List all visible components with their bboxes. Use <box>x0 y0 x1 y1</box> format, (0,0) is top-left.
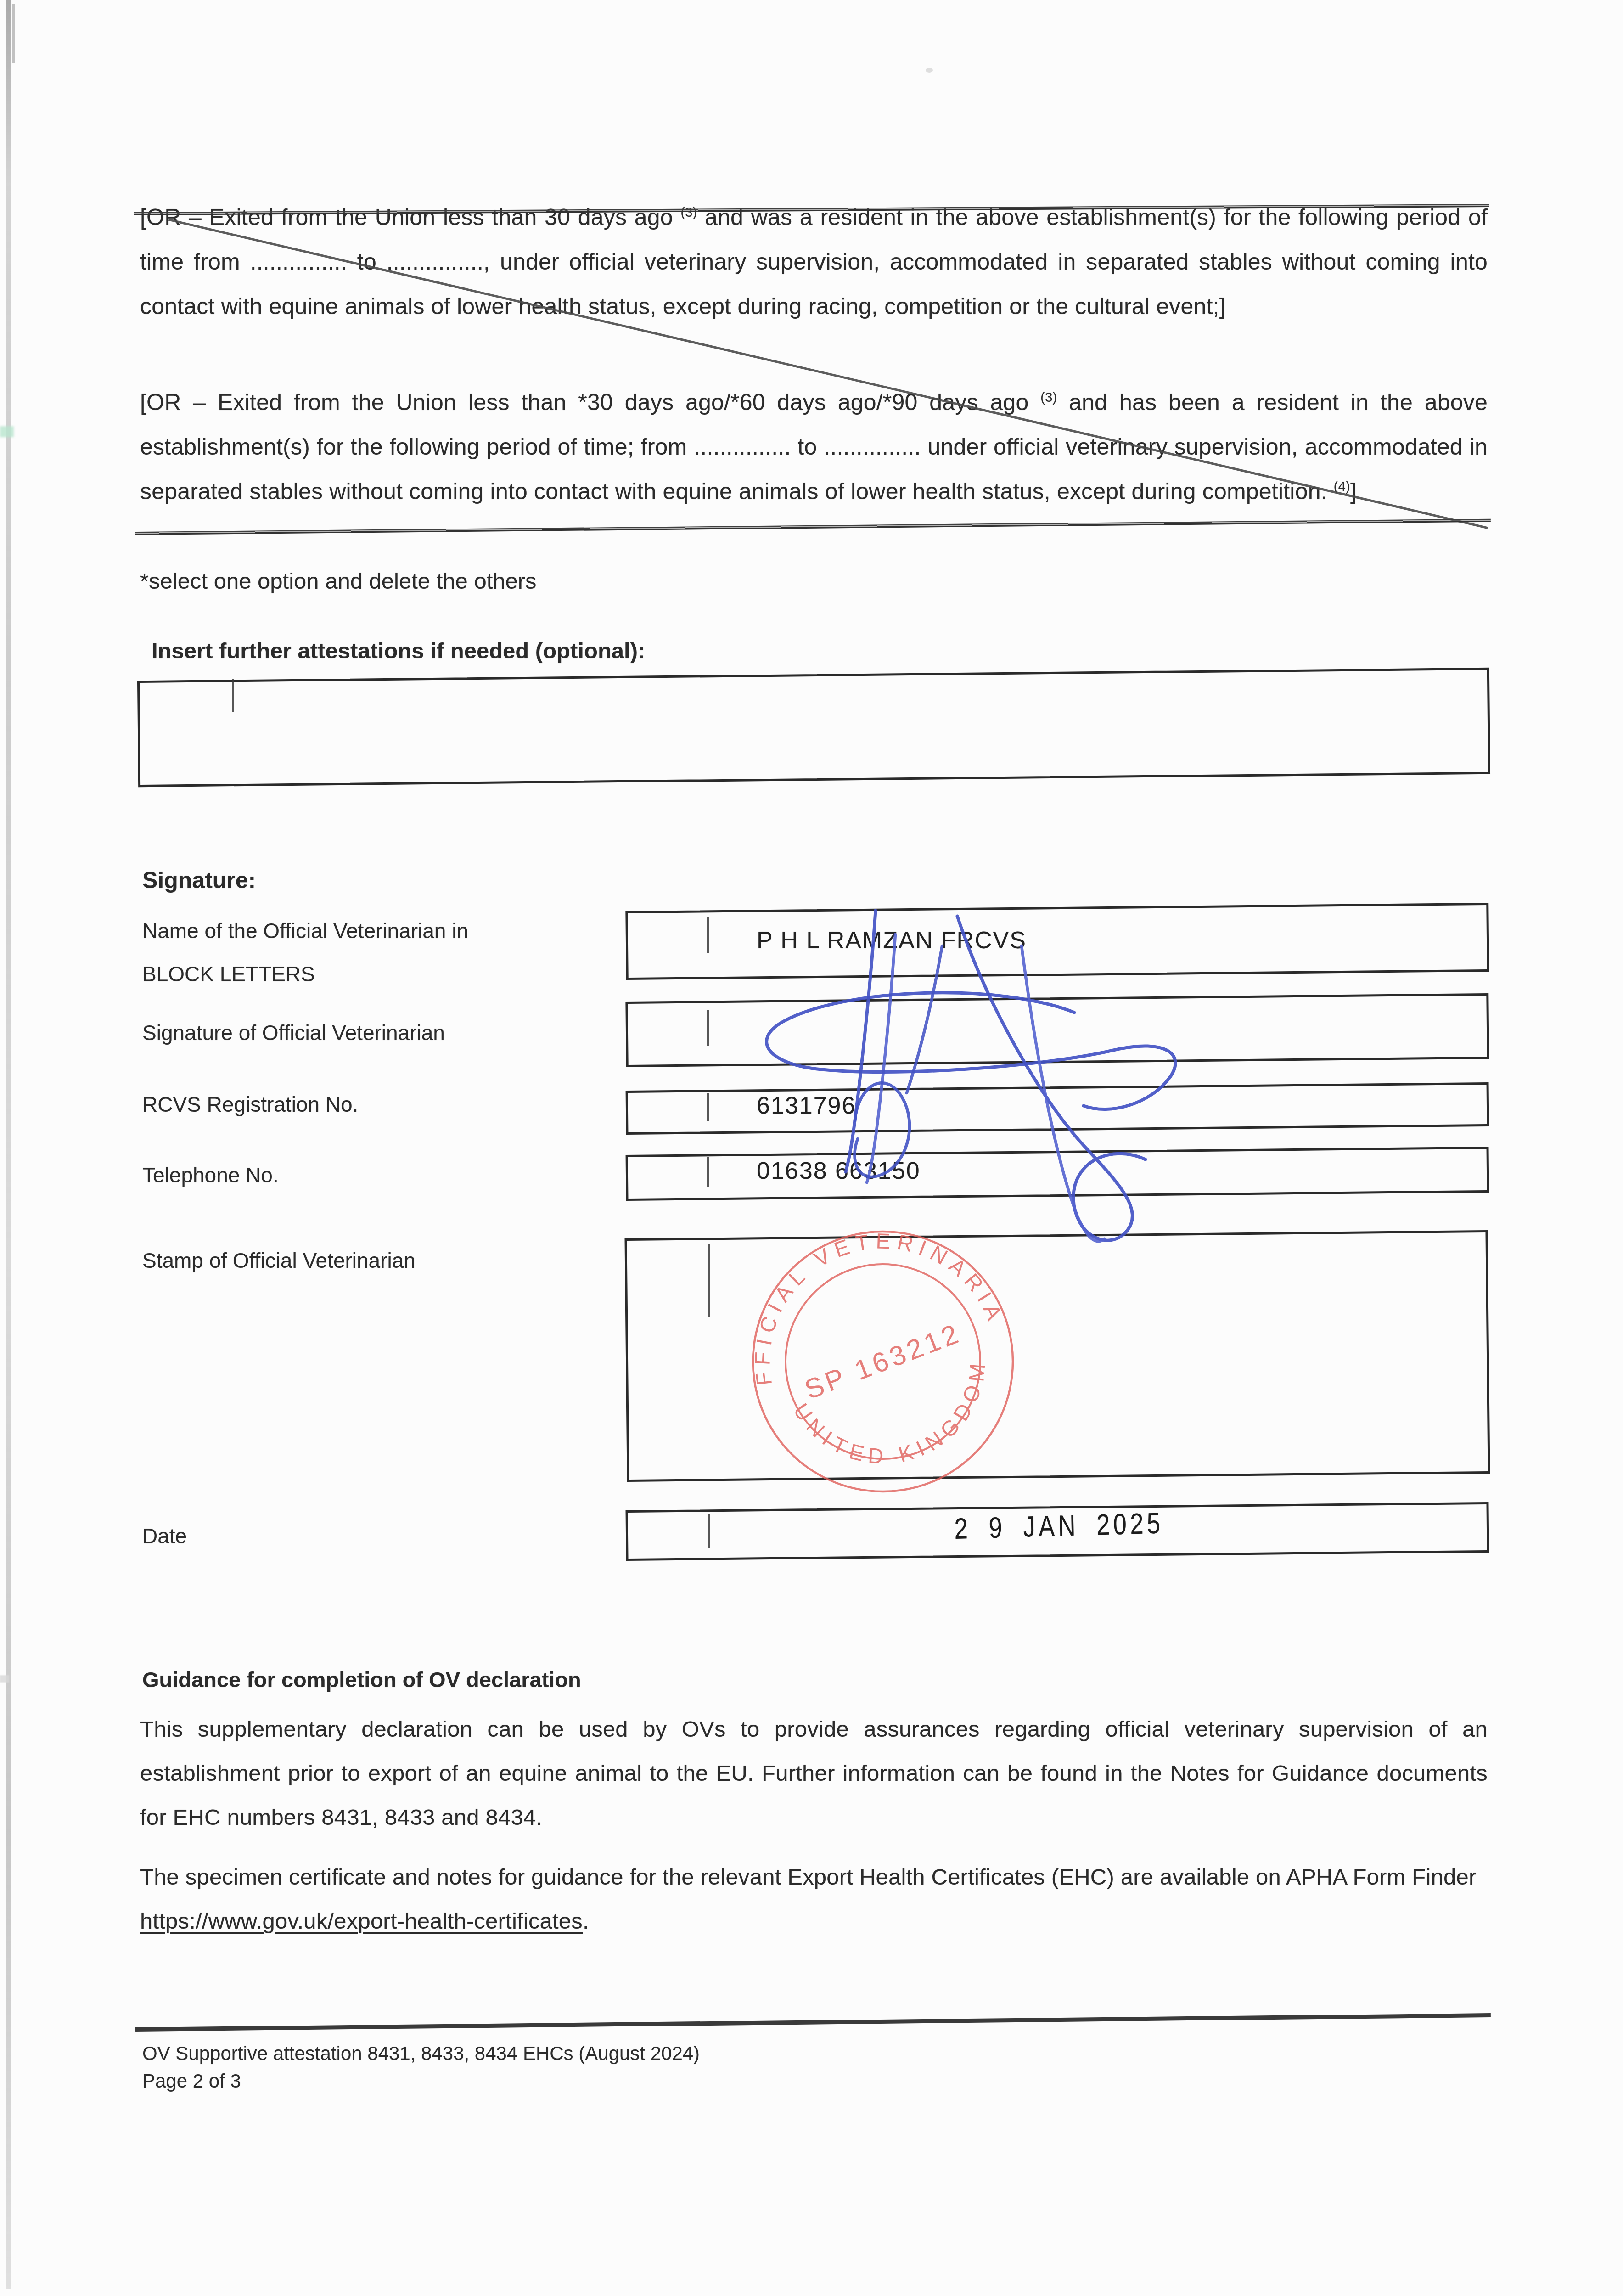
scan-edge-mark <box>12 4 15 63</box>
date-stamp-value: 2 9 JAN 2025 <box>954 1506 1164 1546</box>
rcvs-box-tick <box>707 1093 709 1121</box>
scan-green-mark <box>0 426 14 437</box>
scan-speck <box>926 68 933 73</box>
export-health-certificates-link[interactable]: https://www.gov.uk/export-health-certifi… <box>140 1909 583 1934</box>
footnote-ref-3b: (3) <box>1040 390 1057 405</box>
strikethrough-line-option2 <box>135 519 1491 535</box>
footer-page-number: Page 2 of 3 <box>142 2070 241 2092</box>
footnote-ref-3: (3) <box>680 205 697 220</box>
name-field-label: Name of the Official Veterinarian in BLO… <box>142 918 629 986</box>
guidance-paragraph-2-period: . <box>583 1909 589 1934</box>
scan-binding-line <box>6 0 11 2289</box>
telephone-field-label: Telephone No. <box>142 1163 279 1187</box>
date-field-label: Date <box>142 1524 187 1548</box>
attestation-box-tick <box>232 679 234 712</box>
handwritten-signature <box>735 895 1249 1378</box>
signature-field-label: Signature of Official Veterinarian <box>142 1020 445 1045</box>
footer-attestation-text: OV Supportive attestation 8431, 8433, 84… <box>142 2043 700 2065</box>
footer-divider <box>135 2013 1491 2032</box>
name-field-label-line2: BLOCK LETTERS <box>142 962 629 986</box>
option-2-text: [OR – Exited from the Union less than *3… <box>140 389 1040 415</box>
signature-section-heading: Signature: <box>142 867 256 894</box>
rcvs-field-label: RCVS Registration No. <box>142 1092 358 1117</box>
further-attestations-box[interactable] <box>137 668 1490 787</box>
signature-box-tick <box>707 1010 709 1046</box>
option-2-text-end: ] <box>1350 478 1357 504</box>
scanned-document-page: [OR – Exited from the Union less than 30… <box>0 0 1623 2296</box>
date-box-tick <box>708 1514 710 1548</box>
guidance-paragraph-2-text: The specimen certificate and notes for g… <box>140 1865 1476 1890</box>
guidance-paragraph-2: The specimen certificate and notes for g… <box>140 1855 1488 1943</box>
scan-gray-mark <box>0 1675 9 1683</box>
name-box-tick <box>707 917 709 953</box>
further-attestations-heading: Insert further attestations if needed (o… <box>152 638 645 664</box>
option-2-paragraph: [OR – Exited from the Union less than *3… <box>140 380 1488 514</box>
telephone-box-tick <box>707 1157 709 1187</box>
guidance-heading: Guidance for completion of OV declaratio… <box>142 1667 581 1692</box>
name-field-label-line1: Name of the Official Veterinarian in <box>142 918 629 943</box>
guidance-paragraph-1: This supplementary declaration can be us… <box>140 1707 1488 1840</box>
option-1-text: [OR – Exited from the Union less than 30… <box>140 204 680 230</box>
option-1-paragraph: [OR – Exited from the Union less than 30… <box>140 195 1488 329</box>
stamp-field-label: Stamp of Official Veterinarian <box>142 1248 416 1273</box>
stamp-box-tick <box>708 1244 710 1317</box>
select-option-note: *select one option and delete the others <box>140 568 537 594</box>
